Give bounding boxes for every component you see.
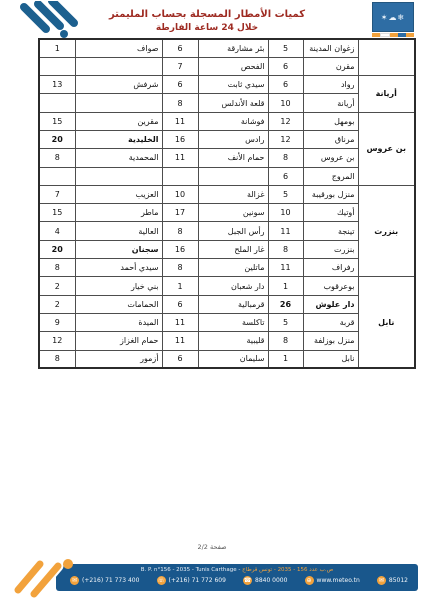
rainfall-value: 8 <box>268 332 303 350</box>
rainfall-table: زغوان المدينة5بئر مشارقة6صواف1مقرن6الفحص… <box>38 38 416 369</box>
station-name: مرناق <box>303 130 358 148</box>
region-cell: بنزرت <box>358 185 415 276</box>
station-name: شرفش <box>75 76 162 94</box>
station-name: زغوان المدينة <box>303 39 358 57</box>
rainfall-table-body: زغوان المدينة5بئر مشارقة6صواف1مقرن6الفحص… <box>39 39 415 368</box>
rainfall-value: 12 <box>268 112 303 130</box>
footer-contact-fax: ☏ (+216) 71 772 609 <box>157 576 226 585</box>
table-row: بن عروسبومهل12فوشانة11مقرين15 <box>39 112 415 130</box>
station-name: صواف <box>75 39 162 57</box>
rainfall-value: 11 <box>162 112 198 130</box>
contact-text: (+216) 71 773 400 <box>82 577 139 584</box>
rainfall-value: 5 <box>268 39 303 57</box>
sms-icon: ✉ <box>377 576 386 585</box>
station-name: سليمان <box>198 350 268 368</box>
station-name: مقرن <box>303 57 358 75</box>
rainfall-value: 6 <box>162 350 198 368</box>
rainfall-value: 8 <box>162 259 198 277</box>
fax-icon: ☏ <box>157 576 166 585</box>
rainfall-value: 12 <box>268 130 303 148</box>
footer-bar: B. P. n°156 - 2035 - Tunis Carthage - ص.… <box>56 564 418 591</box>
footer-contact-website: ⊕ www.meteo.tn <box>305 576 360 585</box>
rainfall-value: 1 <box>39 39 75 57</box>
rainfall-value: 5 <box>268 185 303 203</box>
station-name: المروج <box>303 167 358 185</box>
region-cell: بن عروس <box>358 112 415 185</box>
station-name: تاكلسة <box>198 313 268 331</box>
region-cell: نابل <box>358 277 415 368</box>
station-name: حمام الغزاز <box>75 332 162 350</box>
station-name: العالية <box>75 222 162 240</box>
rainfall-value: 6 <box>268 57 303 75</box>
station-name: رأس الجبل <box>198 222 268 240</box>
rainfall-value: 6 <box>162 39 198 57</box>
report-page: { "header": { "title_line1": "كميات الأم… <box>0 0 424 600</box>
inm-weather-logo: ✶☁❄ <box>372 2 414 37</box>
station-name: المحمدية <box>75 149 162 167</box>
station-name: رواد <box>303 76 358 94</box>
rainfall-value: 6 <box>162 295 198 313</box>
station-name: بنزرت <box>303 240 358 258</box>
phone-icon: ☎ <box>243 576 252 585</box>
station-name <box>75 57 162 75</box>
stripes-dot <box>63 559 73 569</box>
rainfall-value: 2 <box>39 277 75 295</box>
contact-text: 85012 <box>389 577 408 584</box>
station-name: سجنان <box>75 240 162 258</box>
rainfall-value: 9 <box>39 313 75 331</box>
rainfall-value: 8 <box>39 259 75 277</box>
rainfall-value: 7 <box>39 185 75 203</box>
rainfall-value: 11 <box>162 149 198 167</box>
station-name: الميدة <box>75 313 162 331</box>
inm-logo-band <box>372 33 414 37</box>
rainfall-value: 7 <box>162 57 198 75</box>
report-title: كميات الأمطار المسجلة بحساب المليمتر خلا… <box>60 9 354 33</box>
title-line-2: خلال 24 ساعة الفارطة <box>60 23 354 33</box>
rainfall-value: 11 <box>268 222 303 240</box>
footer-stripes-decoration <box>10 556 84 598</box>
station-name: سونين <box>198 204 268 222</box>
station-name: بني خيار <box>75 277 162 295</box>
rainfall-value <box>39 57 75 75</box>
rainfall-value: 8 <box>162 94 198 112</box>
rainfall-value: 15 <box>39 204 75 222</box>
rainfall-value: 1 <box>268 277 303 295</box>
station-name: دار شعبان <box>198 277 268 295</box>
footer-contacts: ✉ (+216) 71 773 400 ☏ (+216) 71 772 609 … <box>56 573 418 585</box>
station-name: ماتلين <box>198 259 268 277</box>
rainfall-value: 1 <box>162 277 198 295</box>
footer-address-arabic: ص.ب عدد 156 - 2035 - تونس قرطاج <box>242 567 333 573</box>
rainfall-value: 6 <box>268 76 303 94</box>
rainfall-value: 10 <box>268 204 303 222</box>
rainfall-value: 10 <box>162 185 198 203</box>
rainfall-value: 6 <box>268 167 303 185</box>
rainfall-value: 10 <box>268 94 303 112</box>
rainfall-value: 8 <box>268 240 303 258</box>
table-row: نابلبوعرقوب1دار شعبان1بني خيار2 <box>39 277 415 295</box>
rainfall-value: 16 <box>162 130 198 148</box>
station-name: أريانة <box>303 94 358 112</box>
rainfall-value <box>162 167 198 185</box>
rainfall-value: 15 <box>39 112 75 130</box>
rainfall-value: 5 <box>268 313 303 331</box>
footer-contact-sms: ✉ 85012 <box>377 576 408 585</box>
table-row: زغوان المدينة5بئر مشارقة6صواف1 <box>39 39 415 57</box>
footer-address: B. P. n°156 - 2035 - Tunis Carthage - ص.… <box>56 564 418 573</box>
rainfall-value: 8 <box>268 149 303 167</box>
rainfall-value: 11 <box>162 332 198 350</box>
station-name <box>198 167 268 185</box>
region-cell <box>358 39 415 76</box>
contact-text: 8840 0000 <box>255 577 287 584</box>
page-number: صفحة 2/2 <box>0 543 424 551</box>
inm-logo-art: ✶☁❄ <box>372 2 414 32</box>
station-name <box>75 167 162 185</box>
rainfall-value: 8 <box>39 350 75 368</box>
station-name: قربة <box>303 313 358 331</box>
station-name: رفراف <box>303 259 358 277</box>
station-name: نابل <box>303 350 358 368</box>
station-name: بومهل <box>303 112 358 130</box>
rainfall-value <box>39 94 75 112</box>
station-name: أزمور <box>75 350 162 368</box>
station-name: الفحص <box>198 57 268 75</box>
station-name: بن عروس <box>303 149 358 167</box>
station-name: قرمبالية <box>198 295 268 313</box>
table-row: أريانةرواد6سيدي ثابت6شرفش13 <box>39 76 415 94</box>
station-name: تينجة <box>303 222 358 240</box>
station-name: ماطر <box>75 204 162 222</box>
station-name: بئر مشارقة <box>198 39 268 57</box>
rainfall-value: 4 <box>39 222 75 240</box>
station-name: سيدي ثابت <box>198 76 268 94</box>
station-name: قلعة الأندلس <box>198 94 268 112</box>
rainfall-value: 16 <box>162 240 198 258</box>
rainfall-value <box>39 167 75 185</box>
rainfall-value: 2 <box>39 295 75 313</box>
rainfall-value: 17 <box>162 204 198 222</box>
globe-icon: ⊕ <box>305 576 314 585</box>
rainfall-value: 20 <box>39 240 75 258</box>
station-name: العزيب <box>75 185 162 203</box>
station-name: حمام الأنف <box>198 149 268 167</box>
rainfall-value: 12 <box>39 332 75 350</box>
station-name: غزالة <box>198 185 268 203</box>
station-name: منزل بوزلفة <box>303 332 358 350</box>
station-name: رادس <box>198 130 268 148</box>
footer-address-latin: B. P. n°156 - 2035 - Tunis Carthage - <box>141 567 242 573</box>
rainfall-value: 1 <box>268 350 303 368</box>
weather-glyphs-icon: ✶☁❄ <box>381 13 405 22</box>
station-name: الحمامات <box>75 295 162 313</box>
contact-text: (+216) 71 772 609 <box>169 577 226 584</box>
rainfall-value: 26 <box>268 295 303 313</box>
rainfall-value: 20 <box>39 130 75 148</box>
contact-text: www.meteo.tn <box>317 577 360 584</box>
station-name: سيدي أحمد <box>75 259 162 277</box>
table-row: بنزرتمنزل بورقيبة5غزالة10العزيب7 <box>39 185 415 203</box>
station-name: مقرين <box>75 112 162 130</box>
rainfall-value: 8 <box>162 222 198 240</box>
station-name: قليبية <box>198 332 268 350</box>
footer-contact-callcenter: ☎ 8840 0000 <box>243 576 287 585</box>
station-name: الخليدية <box>75 130 162 148</box>
station-name: دار علوش <box>303 295 358 313</box>
region-cell: أريانة <box>358 76 415 113</box>
rainfall-value: 8 <box>39 149 75 167</box>
station-name: بوعرقوب <box>303 277 358 295</box>
station-name: أوتيك <box>303 204 358 222</box>
title-line-1: كميات الأمطار المسجلة بحساب المليمتر <box>60 9 354 20</box>
station-name: منزل بورقيبة <box>303 185 358 203</box>
rainfall-value: 13 <box>39 76 75 94</box>
rainfall-value: 11 <box>268 259 303 277</box>
rainfall-value: 11 <box>162 313 198 331</box>
station-name: غار الملح <box>198 240 268 258</box>
station-name <box>75 94 162 112</box>
station-name: فوشانة <box>198 112 268 130</box>
rainfall-value: 6 <box>162 76 198 94</box>
